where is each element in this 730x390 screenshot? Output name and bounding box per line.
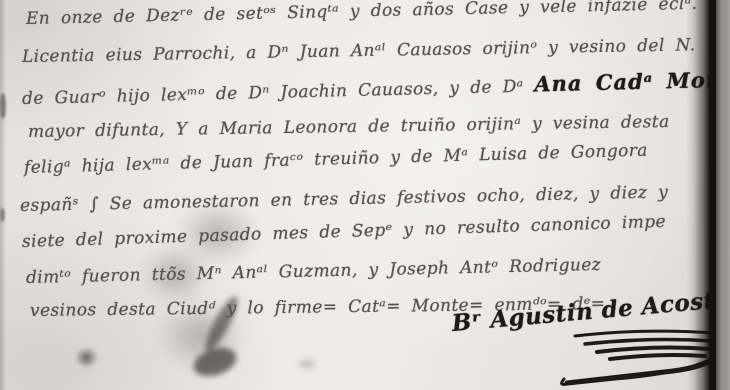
manuscript-line-1: En onze de Dezʳᵉ de setᵒˢ Sinqᵗᵃ y dos a… bbox=[26, 0, 730, 29]
line-text: siete del proxime pasado mes de Sepᵉ y n… bbox=[22, 212, 667, 252]
line-text: En onze de Dezʳᵉ de setᵒˢ Sinqᵗᵃ y dos a… bbox=[26, 0, 730, 29]
manuscript-line-4: mayor difunta, Y a Maria Leonora de trui… bbox=[28, 112, 670, 142]
manuscript-line-3: de Guarᵒ hijo lexᵐᵒ de Dⁿ Joachin Cauaso… bbox=[22, 66, 730, 109]
scan-background-strip bbox=[716, 0, 730, 390]
manuscript-line-2: Licentia eius Parrochi, a Dⁿ Juan Anᵃˡ C… bbox=[22, 35, 696, 67]
page-left-edge-shading bbox=[0, 0, 6, 390]
manuscript-line-5: feligᵃ hija lexᵐᵃ de Juan fraᶜᵒ treuiño … bbox=[24, 141, 648, 178]
line-text: Licentia eius Parrochi, a Dⁿ Juan Anᵃˡ C… bbox=[22, 35, 696, 67]
manuscript-line-7: siete del proxime pasado mes de Sepᵉ y n… bbox=[22, 212, 667, 252]
manuscript-line-6: españˢ ∫ Se amonestaron en tres dias fes… bbox=[20, 182, 669, 216]
line-text: de Guarᵒ hijo lexᵐᵒ de Dⁿ Joachin Cauaso… bbox=[22, 76, 535, 109]
line-text: feligᵃ hija lexᵐᵃ de Juan fraᶜᵒ treuiño … bbox=[24, 141, 648, 178]
page-edge-shadow bbox=[686, 0, 716, 390]
line-text: mayor difunta, Y a Maria Leonora de trui… bbox=[28, 112, 670, 142]
ink-blot bbox=[72, 344, 101, 371]
manuscript-line-8: dimᵗᵒ fueron ttõs Mⁿ Anᵃˡ Guzman, y Jose… bbox=[26, 255, 601, 288]
line-text: españˢ ∫ Se amonestaron en tres dias fes… bbox=[20, 182, 669, 216]
ink-stain bbox=[292, 355, 322, 373]
line-text: dimᵗᵒ fueron ttõs Mⁿ Anᵃˡ Guzman, y Jose… bbox=[26, 255, 601, 288]
manuscript-scan: En onze de Dezʳᵉ de setᵒˢ Sinqᵗᵃ y dos a… bbox=[0, 0, 730, 390]
